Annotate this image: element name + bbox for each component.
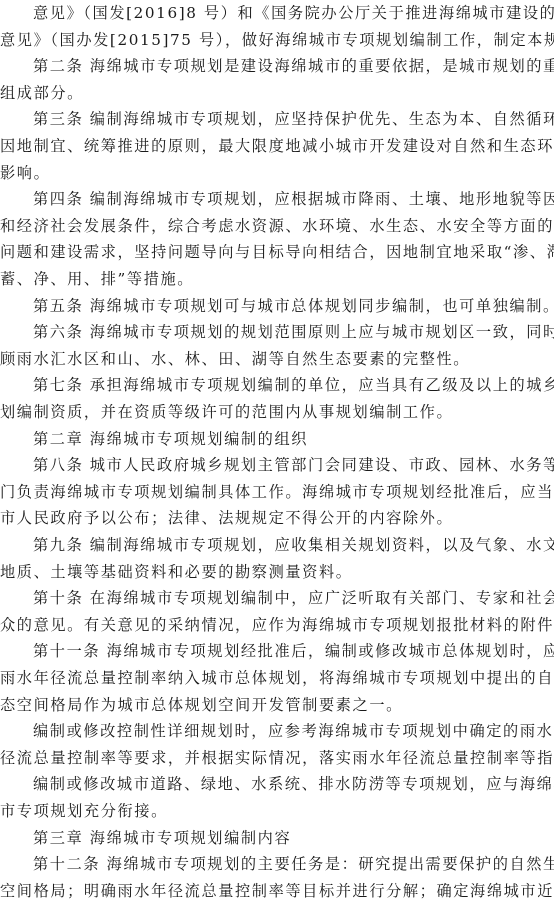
text-line: 地质、土壤等基础资料和必要的勘察测量资料。 (0, 559, 554, 585)
text-line: 市人民政府予以公布；法律、法规规定不得公开的内容除外。 (0, 505, 554, 531)
text-line: 第五条 海绵城市专项规划可与城市总体规划同步编制，也可单独编制。 (0, 293, 554, 319)
text-line: 蓄、净、用、排”等措施。 (0, 266, 554, 292)
text-line: 第二条 海绵城市专项规划是建设海绵城市的重要依据，是城市规划的重要 (0, 53, 554, 79)
text-line: 第四条 编制海绵城市专项规划，应根据城市降雨、土壤、地形地貌等因素 (0, 186, 554, 212)
text-line: 径流总量控制率等要求，并根据实际情况，落实雨水年径流总量控制率等指标。 (0, 745, 554, 771)
text-line: 第六条 海绵城市专项规划的规划范围原则上应与城市规划区一致，同时兼 (0, 319, 554, 345)
text-line: 第八条 城市人民政府城乡规划主管部门会同建设、市政、园林、水务等部 (0, 452, 554, 478)
text-line: 市专项规划充分衔接。 (0, 798, 554, 824)
text-line: 态空间格局作为城市总体规划空间开发管制要素之一。 (0, 692, 554, 718)
text-line: 第三条 编制海绵城市专项规划，应坚持保护优先、生态为本、自然循环、 (0, 106, 554, 132)
text-line: 编制或修改城市道路、绿地、水系统、排水防涝等专项规划，应与海绵城 (0, 771, 554, 797)
document-page: 意见》（国发[2016]8 号）和《国务院办公厅关于推进海绵城市建设的指导意见》… (0, 0, 554, 907)
text-line: 意见》（国办发[2015]75 号），做好海绵城市专项规划编制工作，制定本规定。 (0, 27, 554, 53)
text-line: 第十二条 海绵城市专项规划的主要任务是：研究提出需要保护的自然生态 (0, 851, 554, 877)
text-line: 影响。 (0, 160, 554, 186)
text-line: 第三章 海绵城市专项规划编制内容 (0, 825, 554, 851)
text-line: 第十条 在海绵城市专项规划编制中，应广泛听取有关部门、专家和社会公 (0, 585, 554, 611)
text-line: 编制或修改控制性详细规划时，应参考海绵城市专项规划中确定的雨水年 (0, 718, 554, 744)
text-line: 意见》（国发[2016]8 号）和《国务院办公厅关于推进海绵城市建设的指导 (0, 0, 554, 26)
text-line: 顾雨水汇水区和山、水、林、田、湖等自然生态要素的完整性。 (0, 346, 554, 372)
text-line: 组成部分。 (0, 80, 554, 106)
text-line: 第九条 编制海绵城市专项规划，应收集相关规划资料，以及气象、水文、 (0, 532, 554, 558)
text-line: 问题和建设需求，坚持问题导向与目标导向相结合，因地制宜地采取“渗、滞、 (0, 239, 554, 265)
text-line: 和经济社会发展条件，综合考虑水资源、水环境、水生态、水安全等方面的现状 (0, 213, 554, 239)
text-line: 划编制资质，并在资质等级许可的范围内从事规划编制工作。 (0, 399, 554, 425)
text-line: 众的意见。有关意见的采纳情况，应作为海绵城市专项规划报批材料的附件。 (0, 612, 554, 638)
text-line: 第十一条 海绵城市专项规划经批准后，编制或修改城市总体规划时，应将 (0, 638, 554, 664)
text-line: 第二章 海绵城市专项规划编制的组织 (0, 426, 554, 452)
text-line: 因地制宜、统筹推进的原则，最大限度地减小城市开发建设对自然和生态环境的 (0, 133, 554, 159)
text-line: 雨水年径流总量控制率纳入城市总体规划，将海绵城市专项规划中提出的自然生 (0, 665, 554, 691)
text-line: 门负责海绵城市专项规划编制具体工作。海绵城市专项规划经批准后，应当由城 (0, 479, 554, 505)
text-line: 第七条 承担海绵城市专项规划编制的单位，应当具有乙级及以上的城乡规 (0, 372, 554, 398)
text-line: 空间格局；明确雨水年径流总量控制率等目标并进行分解；确定海绵城市近期建 (0, 878, 554, 904)
